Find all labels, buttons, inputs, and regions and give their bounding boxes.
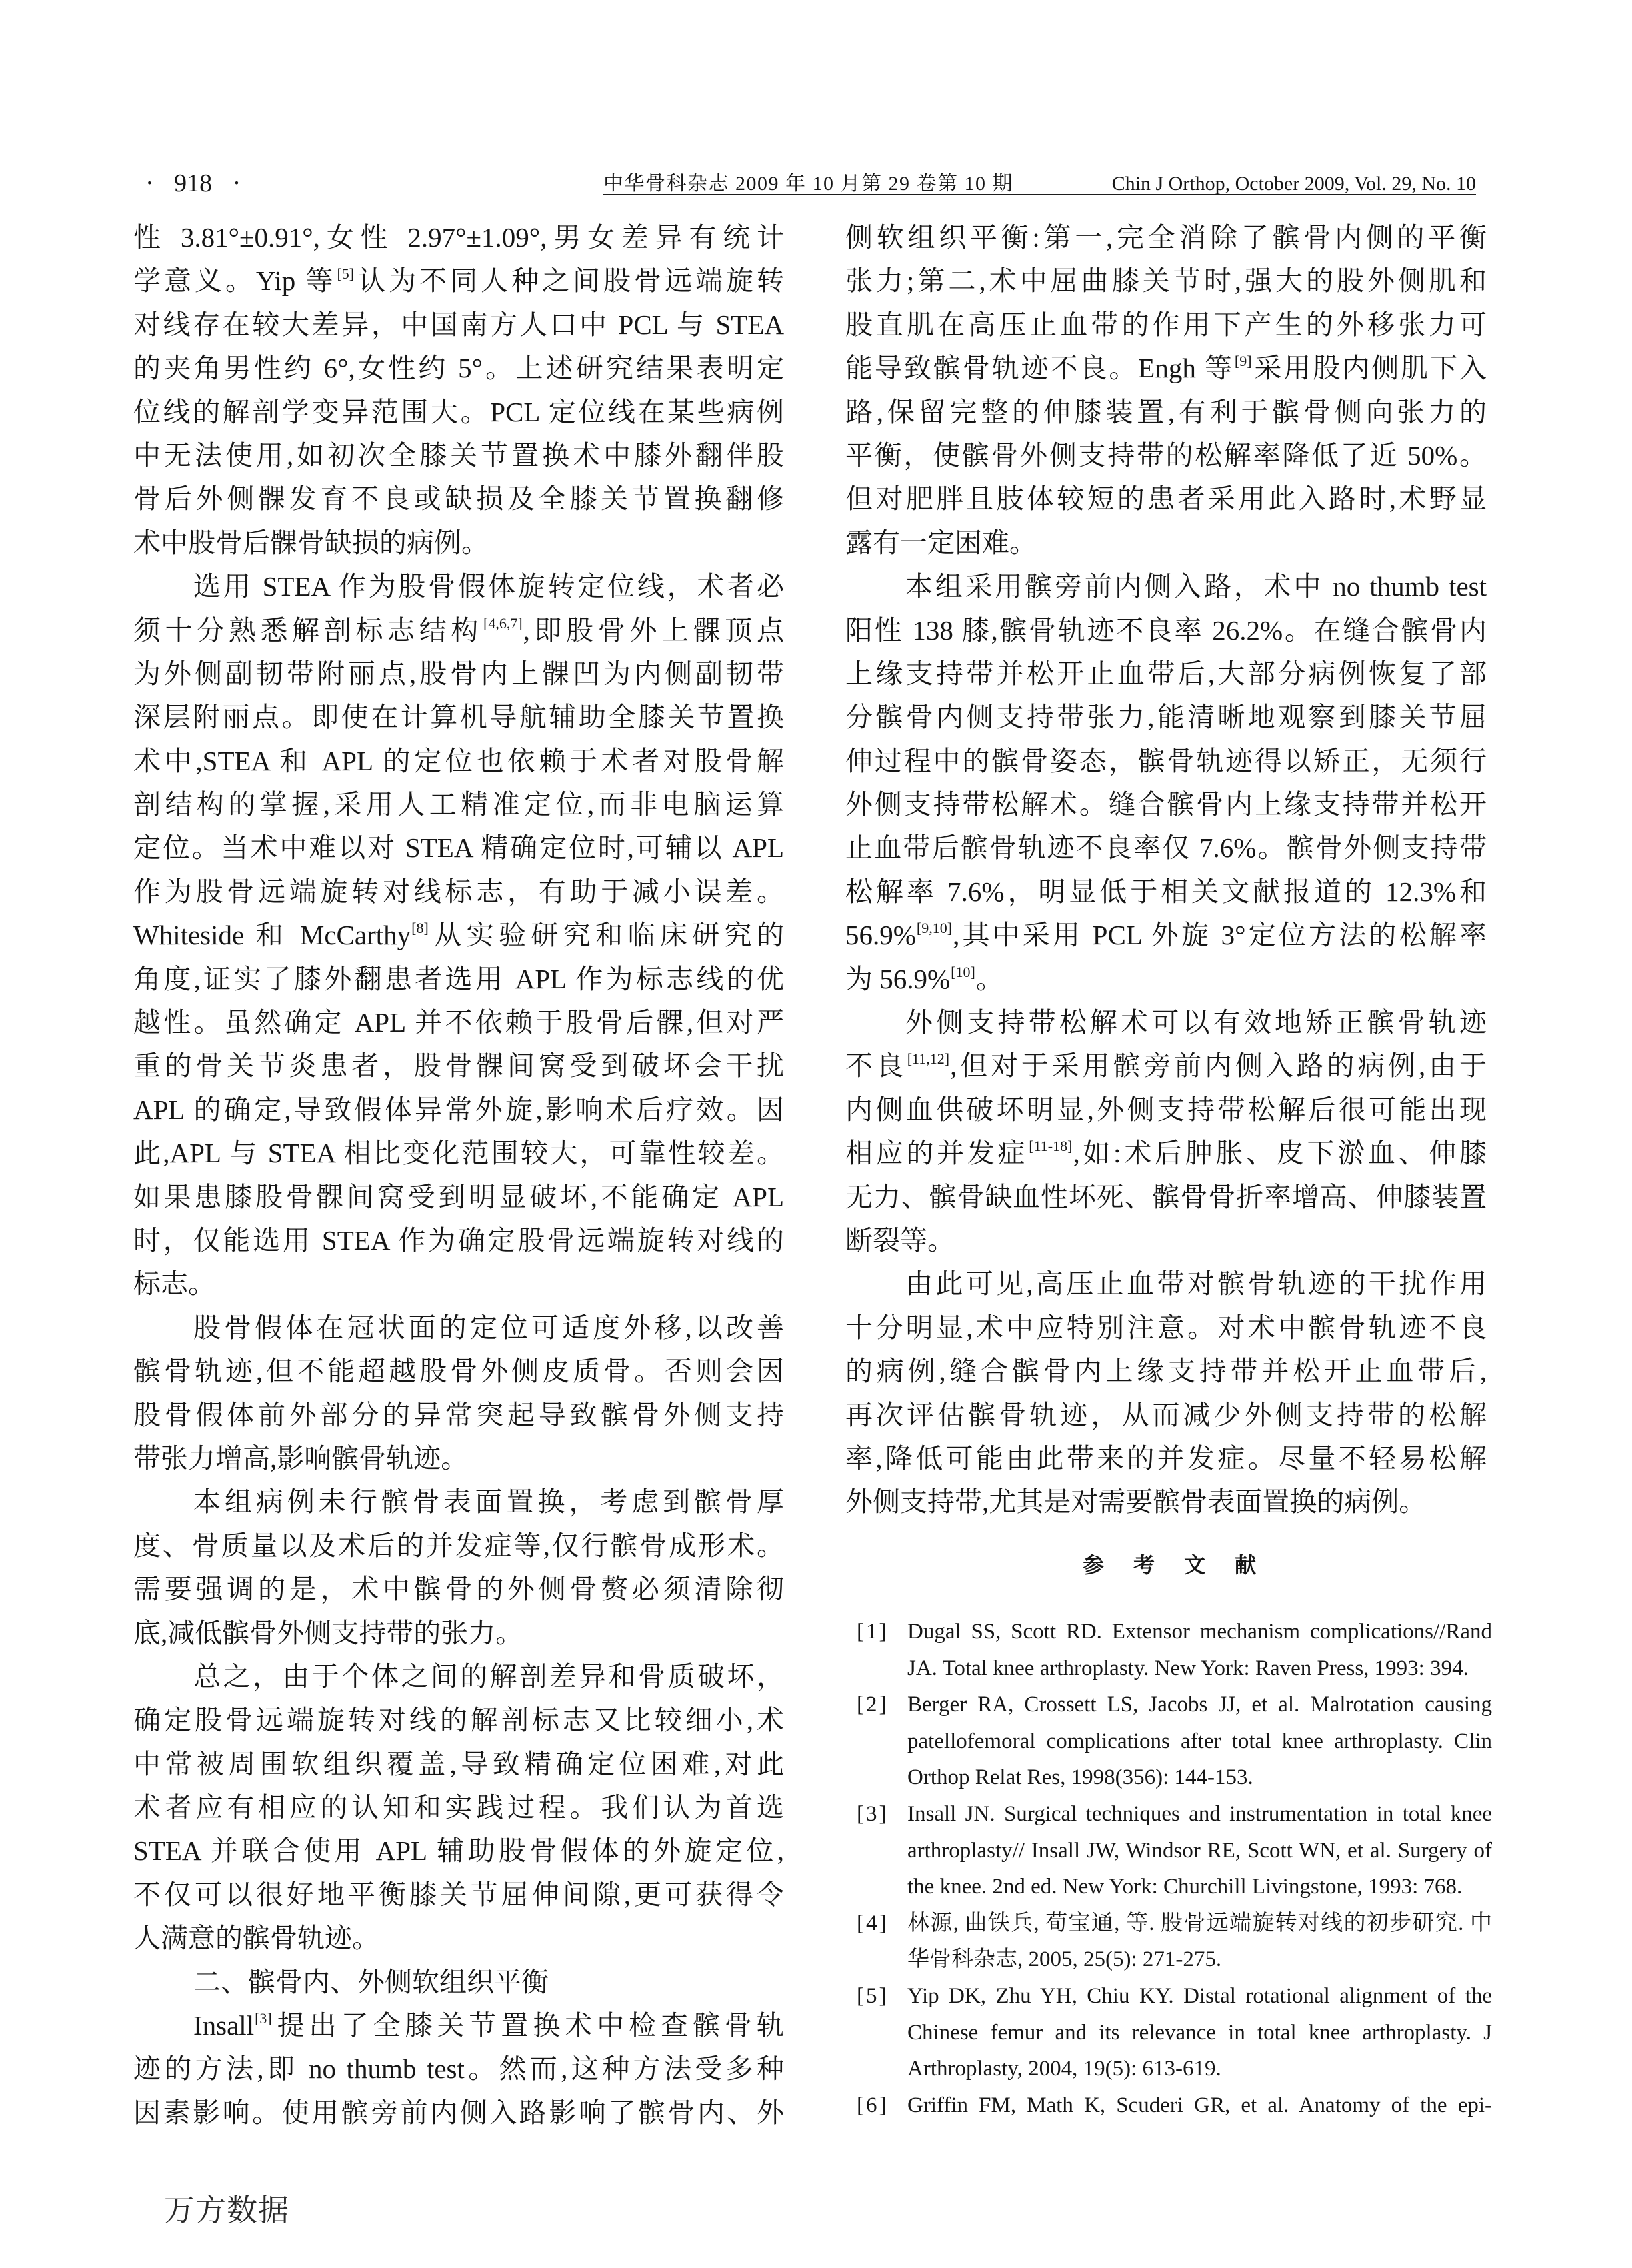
text-line: 的病例,缝合髌骨内上缘支持带并松开止血带后, — [845, 1350, 1487, 1393]
citation-superscript: [10] — [950, 964, 976, 980]
text-line: 总之，由于个体之间的解剖差异和骨质破坏， — [133, 1655, 784, 1698]
text-run: ,即股骨外上髁顶点 — [523, 615, 784, 646]
reference-list: [1] Dugal SS, Scott RD. Extensor mechani… — [857, 1614, 1493, 2123]
text-line: 因素影响。使用髌旁前内侧入路影响了髌骨内、外 — [133, 2091, 784, 2135]
citation-superscript: [11,12] — [907, 1050, 950, 1067]
right-column: 侧软组织平衡:第一,完全消除了髌骨内侧的平衡 张力;第二,术中屈曲膝关节时,强大… — [845, 216, 1487, 1524]
text-line: 56.9%[9,10],其中采用 PCL 外旋 3°定位方法的松解率 — [845, 914, 1487, 957]
journal-citation-cn: 中华骨科杂志 2009 年 10 月第 29 卷第 10 期 — [603, 174, 1013, 194]
text-line: Whiteside 和 McCarthy[8]从实验研究和临床研究的 — [133, 914, 784, 957]
text-run: 采用股内侧肌下入 — [1253, 353, 1487, 383]
reference-line: 华骨科杂志, 2005, 25(5): 271-275. — [907, 1941, 1492, 1978]
paragraph: 侧软组织平衡:第一,完全消除了髌骨内侧的平衡 张力;第二,术中屈曲膝关节时,强大… — [845, 216, 1487, 565]
text-line: 股直肌在高压止血带的作用下产生的外移张力可 — [845, 303, 1487, 347]
reference-line: patellofemoral complications after total… — [907, 1723, 1492, 1760]
text-line: 股骨假体在冠状面的定位可适度外移,以改善 — [133, 1306, 784, 1350]
text-line: 为外侧副韧带附丽点,股骨内上髁凹为内侧副韧带 — [133, 652, 784, 696]
text-line: 能导致髌骨轨迹不良。Engh 等[9]采用股内侧肌下入 — [845, 347, 1487, 390]
citation-superscript: [4,6,7] — [483, 615, 523, 632]
reference-item: [2] Berger RA, Crossett LS, Jacobs JJ, e… — [857, 1686, 1493, 1796]
text-line: 阳性 138 膝,髌骨轨迹不良率 26.2%。在缝合髌骨内 — [845, 609, 1487, 652]
text-line: 中无法使用,如初次全膝关节置换术中膝外翻伴股 — [133, 434, 784, 477]
text-run: 相应的并发症 — [845, 1138, 1028, 1168]
reference-label: [4] — [857, 1905, 907, 1942]
text-line: 确定股骨远端旋转对线的解剖标志又比较细小,术 — [133, 1698, 784, 1742]
text-line: 相应的并发症[11-18],如:术后肿胀、皮下淤血、伸膝 — [845, 1132, 1487, 1175]
citation-superscript: [9,10] — [916, 920, 953, 936]
text-line: 松解率 7.6%，明显低于相关文献报道的 12.3%和 — [845, 870, 1487, 914]
citation-superscript: [9] — [1234, 353, 1253, 369]
citation-superscript: [11-18] — [1028, 1138, 1073, 1154]
journal-citation-en: Chin J Orthop, October 2009, Vol. 29, No… — [1112, 174, 1476, 194]
text-run: 认为不同人种之间股骨远端旋转 — [355, 265, 784, 296]
text-line: 须十分熟悉解剖标志结构[4,6,7],即股骨外上髁顶点 — [133, 609, 784, 652]
text-line: 重的骨关节炎患者，股骨髁间窝受到破坏会干扰 — [133, 1044, 784, 1088]
text-line: 张力;第二,术中屈曲膝关节时,强大的股外侧肌和 — [845, 259, 1487, 303]
text-line: 不良[11,12],但对于采用髌旁前内侧入路的病例,由于 — [845, 1044, 1487, 1088]
text-run: 能导致髌骨轨迹不良。Engh 等 — [845, 353, 1234, 383]
reference-line: Dugal SS, Scott RD. Extensor mechanism c… — [907, 1614, 1492, 1650]
reference-label: [5] — [857, 1978, 907, 2015]
text-line: 无力、髌骨缺血性坏死、髌骨骨折率增高、伸膝装置 — [845, 1176, 1487, 1219]
text-line: 外侧支持带松解术。缝合髌骨内上缘支持带并松开 — [845, 783, 1487, 826]
paragraph: 本组采用髌旁前内侧入路，术中 no thumb test 阳性 138 膝,髌骨… — [845, 565, 1487, 1001]
text-line: 髌骨轨迹,但不能超越股骨外侧皮质骨。否则会因 — [133, 1350, 784, 1393]
text-run: 56.9% — [845, 920, 916, 950]
page-number: · 918 · — [145, 170, 241, 197]
text-line: 越性。虽然确定 APL 并不依赖于股骨后髁,但对严 — [133, 1001, 784, 1044]
text-run: 。 — [976, 964, 1003, 994]
text-run: 学意义。Yip 等 — [133, 265, 336, 296]
text-line: 外侧支持带松解术可以有效地矫正髌骨轨迹 — [845, 1001, 1487, 1044]
text-run: ,但对于采用髌旁前内侧入路的病例,由于 — [950, 1050, 1487, 1081]
paragraph: 股骨假体在冠状面的定位可适度外移,以改善 髌骨轨迹,但不能超越股骨外侧皮质骨。否… — [133, 1306, 784, 1481]
reference-label: [6] — [857, 2087, 907, 2124]
section-heading: 二、髌骨内、外侧软组织平衡 — [133, 1961, 784, 2004]
reference-line: arthroplasty// Insall JW, Windsor RE, Sc… — [907, 1833, 1492, 1869]
text-line: STEA 并联合使用 APL 辅助股骨假体的外旋定位, — [133, 1829, 784, 1873]
text-line: 但对肥胖且肢体较短的患者采用此入路时,术野显 — [845, 477, 1487, 521]
reference-text: 林源, 曲铁兵, 荀宝通, 等. 股骨远端旋转对线的初步研究. 中 华骨科杂志,… — [907, 1905, 1492, 1978]
reference-line: Griffin FM, Math K, Scuderi GR, et al. A… — [907, 2087, 1492, 2124]
text-line: 度、骨质量以及术后的并发症等,仅行髌骨成形术。 — [133, 1524, 784, 1568]
text-line: 十分明显,术中应特别注意。对术中髌骨轨迹不良 — [845, 1306, 1487, 1350]
running-header: 中华骨科杂志 2009 年 10 月第 29 卷第 10 期 Chin J Or… — [603, 175, 1476, 195]
journal-page: · 918 · 中华骨科杂志 2009 年 10 月第 29 卷第 10 期 C… — [0, 0, 1632, 2268]
text-line: 迹的方法,即 no thumb test。然而,这种方法受多种 — [133, 2047, 784, 2091]
text-line: 对线存在较大差异，中国南方人口中 PCL 与 STEA — [133, 303, 784, 347]
reference-line: Orthop Relat Res, 1998(356): 144-153. — [907, 1759, 1492, 1796]
text-line: 中常被周围软组织覆盖,导致精确定位困难,对此 — [133, 1743, 784, 1786]
references-heading: 参考文献 — [845, 1552, 1487, 1578]
reference-line: JA. Total knee arthroplasty. New York: R… — [907, 1650, 1492, 1687]
paragraph: 外侧支持带松解术可以有效地矫正髌骨轨迹 不良[11,12],但对于采用髌旁前内侧… — [845, 1001, 1487, 1262]
text-line: 外侧支持带,尤其是对需要髌骨表面置换的病例。 — [845, 1480, 1487, 1524]
paragraph: 本组病例未行髌骨表面置换，考虑到髌骨厚 度、骨质量以及术后的并发症等,仅行髌骨成… — [133, 1480, 784, 1655]
paragraph: 总之，由于个体之间的解剖差异和骨质破坏， 确定股骨远端旋转对线的解剖标志又比较细… — [133, 1655, 784, 1961]
text-line: APL 的确定,导致假体异常外旋,影响术后疗效。因 — [133, 1088, 784, 1132]
reference-item: [3] Insall JN. Surgical techniques and i… — [857, 1796, 1493, 1905]
paragraph: 性 3.81°±0.91°,女性 2.97°±1.09°,男女差异有统计 学意义… — [133, 216, 784, 565]
paragraph: 选用 STEA 作为股骨假体旋转定位线，术者必 须十分熟悉解剖标志结构[4,6,… — [133, 565, 784, 1306]
text-run: 须十分熟悉解剖标志结构 — [133, 615, 483, 646]
text-line: 剖结构的掌握,采用人工精准定位,而非电脑运算 — [133, 783, 784, 826]
reference-label: [1] — [857, 1614, 907, 1650]
reference-item: [6] Griffin FM, Math K, Scuderi GR, et a… — [857, 2087, 1493, 2124]
text-line: 如果患膝股骨髁间窝受到明显破坏,不能确定 APL — [133, 1176, 784, 1219]
citation-superscript: [5] — [336, 265, 355, 282]
text-run: 为 56.9% — [845, 964, 950, 994]
text-line: 止血带后髌骨轨迹不良率仅 7.6%。髌骨外侧支持带 — [845, 826, 1487, 870]
text-line: 此,APL 与 STEA 相比变化范围较大，可靠性较差。 — [133, 1132, 784, 1175]
text-line: 不仅可以很好地平衡膝关节屈伸间隙,更可获得令 — [133, 1873, 784, 1917]
text-line: 骨后外侧髁发育不良或缺损及全膝关节置换翻修 — [133, 477, 784, 521]
text-line: 标志。 — [133, 1262, 784, 1306]
text-run: ,其中采用 PCL 外旋 3°定位方法的松解率 — [953, 920, 1487, 950]
text-run: 提出了全膝关节置换术中检查髌骨轨 — [273, 2010, 784, 2041]
text-line: 底,减低髌骨外侧支持带的张力。 — [133, 1612, 784, 1655]
text-line: 侧软组织平衡:第一,完全消除了髌骨内侧的平衡 — [845, 216, 1487, 259]
reference-line: 林源, 曲铁兵, 荀宝通, 等. 股骨远端旋转对线的初步研究. 中 — [907, 1905, 1492, 1942]
reference-text: Dugal SS, Scott RD. Extensor mechanism c… — [907, 1614, 1492, 1686]
reference-line: Yip DK, Zhu YH, Chiu KY. Distal rotation… — [907, 1978, 1492, 2015]
text-line: 带张力增高,影响髌骨轨迹。 — [133, 1437, 784, 1480]
reference-line: Chinese femur and its relevance in total… — [907, 2015, 1492, 2051]
text-line: 定位。当术中难以对 STEA 精确定位时,可辅以 APL — [133, 826, 784, 870]
text-line: 需要强调的是，术中髌骨的外侧骨赘必须清除彻 — [133, 1568, 784, 1611]
text-line: 深层附丽点。即使在计算机导航辅助全膝关节置换 — [133, 696, 784, 739]
text-line: 本组病例未行髌骨表面置换，考虑到髌骨厚 — [133, 1480, 784, 1524]
text-line: 露有一定困难。 — [845, 521, 1487, 565]
text-run: 不良 — [845, 1050, 907, 1081]
reference-text: Griffin FM, Math K, Scuderi GR, et al. A… — [907, 2087, 1492, 2124]
text-line: 学意义。Yip 等[5]认为不同人种之间股骨远端旋转 — [133, 259, 784, 303]
text-line: 分髌骨内侧支持带张力,能清晰地观察到膝关节屈 — [845, 696, 1487, 739]
text-line: Insall[3]提出了全膝关节置换术中检查髌骨轨 — [133, 2004, 784, 2047]
text-line: 角度,证实了膝外翻患者选用 APL 作为标志线的优 — [133, 958, 784, 1001]
text-run: 从实验研究和临床研究的 — [429, 920, 784, 950]
reference-item: [5] Yip DK, Zhu YH, Chiu KY. Distal rota… — [857, 1978, 1493, 2087]
text-line: 选用 STEA 作为股骨假体旋转定位线，术者必 — [133, 565, 784, 608]
text-line: 的夹角男性约 6°,女性约 5°。上述研究结果表明定 — [133, 347, 784, 390]
text-line: 本组采用髌旁前内侧入路，术中 no thumb test — [845, 565, 1487, 608]
reference-line: the knee. 2nd ed. New York: Churchill Li… — [907, 1869, 1492, 1905]
text-line: 平衡，使髌骨外侧支持带的松解率降低了近 50%。 — [845, 434, 1487, 477]
reference-text: Insall JN. Surgical techniques and instr… — [907, 1796, 1492, 1905]
text-line: 内侧血供破坏明显,外侧支持带松解后很可能出现 — [845, 1088, 1487, 1132]
reference-line: Arthroplasty, 2004, 19(5): 613-619. — [907, 2051, 1492, 2087]
text-line: 作为股骨远端旋转对线标志，有助于减小误差。 — [133, 870, 784, 914]
text-run: ,如:术后肿胀、皮下淤血、伸膝 — [1073, 1138, 1487, 1168]
paragraph: Insall[3]提出了全膝关节置换术中检查髌骨轨 迹的方法,即 no thum… — [133, 2004, 784, 2135]
text-line: 由此可见,高压止血带对髌骨轨迹的干扰作用 — [845, 1262, 1487, 1306]
text-line: 术中,STEA 和 APL 的定位也依赖于术者对股骨解 — [133, 740, 784, 783]
text-line: 性 3.81°±0.91°,女性 2.97°±1.09°,男女差异有统计 — [133, 216, 784, 259]
text-line: 伸过程中的髌骨姿态，髌骨轨迹得以矫正，无须行 — [845, 740, 1487, 783]
reference-line: Insall JN. Surgical techniques and instr… — [907, 1796, 1492, 1833]
text-line: 再次评估髌骨轨迹，从而减少外侧支持带的松解 — [845, 1394, 1487, 1437]
text-line: 路,保留完整的伸膝装置,有利于髌骨侧向张力的 — [845, 391, 1487, 434]
reference-label: [3] — [857, 1796, 907, 1833]
citation-superscript: [3] — [254, 2010, 273, 2027]
text-line: 位线的解剖学变异范围大。PCL 定位线在某些病例 — [133, 391, 784, 434]
reference-label: [2] — [857, 1686, 907, 1723]
reference-item: [4] 林源, 曲铁兵, 荀宝通, 等. 股骨远端旋转对线的初步研究. 中 华骨… — [857, 1905, 1493, 1978]
reference-text: Berger RA, Crossett LS, Jacobs JJ, et al… — [907, 1686, 1492, 1796]
paragraph: 由此可见,高压止血带对髌骨轨迹的干扰作用 十分明显,术中应特别注意。对术中髌骨轨… — [845, 1262, 1487, 1524]
reference-text: Yip DK, Zhu YH, Chiu KY. Distal rotation… — [907, 1978, 1492, 2087]
text-line: 上缘支持带并松开止血带后,大部分病例恢复了部 — [845, 652, 1487, 696]
text-line: 术者应有相应的认知和实践过程。我们认为首选 — [133, 1786, 784, 1829]
citation-superscript: [8] — [411, 920, 429, 936]
reference-line: Berger RA, Crossett LS, Jacobs JJ, et al… — [907, 1686, 1492, 1723]
text-line: 为 56.9%[10]。 — [845, 958, 1487, 1001]
reference-item: [1] Dugal SS, Scott RD. Extensor mechani… — [857, 1614, 1493, 1686]
text-run: Whiteside 和 McCarthy — [133, 920, 411, 950]
text-line: 人满意的髌骨轨迹。 — [133, 1917, 784, 1960]
text-line: 术中股骨后髁骨缺损的病例。 — [133, 521, 784, 565]
source-watermark: 万方数据 — [164, 2194, 289, 2227]
text-line: 股骨假体前外部分的异常突起导致髌骨外侧支持 — [133, 1394, 784, 1437]
text-line: 时，仅能选用 STEA 作为确定股骨远端旋转对线的 — [133, 1219, 784, 1262]
left-column: 性 3.81°±0.91°,女性 2.97°±1.09°,男女差异有统计 学意义… — [133, 216, 784, 2135]
text-run: Insall — [193, 2010, 254, 2041]
text-line: 断裂等。 — [845, 1219, 1487, 1262]
text-line: 率,降低可能由此带来的并发症。尽量不轻易松解 — [845, 1437, 1487, 1480]
